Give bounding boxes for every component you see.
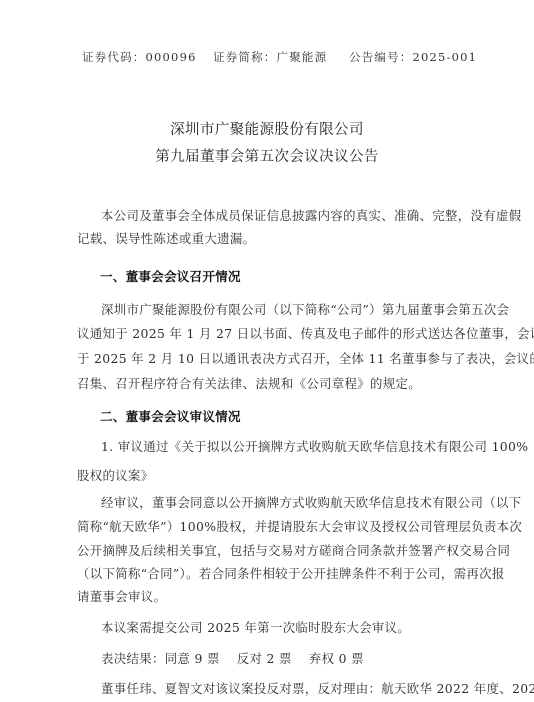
paragraph-line: 简称“航天欧华”）100%股权，并提请股东大会审议及授权公司管理层负责本次 (77, 519, 467, 535)
resolution-item-title: 1. 审议通过《关于拟以公开摘牌方式收购航天欧华信息技术有限公司 100% (101, 439, 467, 455)
security-abbreviation: 证券简称：广聚能源 (213, 49, 327, 65)
paragraph-line: 请董事会审议。 (77, 589, 467, 605)
paragraph-line: 议通知于 2025 年 1 月 27 日以书面、传真及电子邮件的形式送达各位董事… (77, 326, 467, 342)
company-title: 深圳市广聚能源股份有限公司 (0, 118, 534, 139)
paragraph-line: （以下简称“合同”）。若合同条件相较于公开挂牌条件不利于公司，需再次报 (77, 566, 467, 582)
announcement-page: 证券代码：000096 证券简称：广聚能源 公告编号：2025-001 深圳市广… (0, 0, 534, 702)
statement-line: 本公司及董事会全体成员保证信息披露内容的真实、准确、完整，没有虚假 (101, 208, 467, 224)
paragraph-line: 公开摘牌及后续相关事宜，包括与交易对方磋商合同条款并签署产权交易合同 (77, 543, 467, 559)
announcement-title: 第九届董事会第五次会议决议公告 (0, 145, 534, 166)
vote-result: 表决结果：同意 9 票 反对 2 票 弃权 0 票 (101, 651, 467, 667)
resolution-item-title: 股权的议案》 (77, 468, 467, 484)
paragraph-line: 于 2025 年 2 月 10 日以通讯表决方式召开，全体 11 名董事参与了表… (77, 351, 467, 367)
paragraph-line: 经审议，董事会同意以公开摘牌方式收购航天欧华信息技术有限公司（以下 (101, 495, 467, 511)
paragraph-line: 深圳市广聚能源股份有限公司（以下简称“公司”）第九届董事会第五次会 (101, 302, 467, 318)
dissent-statement: 董事任玮、夏智文对该议案投反对票，反对理由：航天欧华 2022 年度、2023 (101, 681, 467, 697)
section-heading-meeting-convening: 一、董事会会议召开情况 (100, 269, 241, 285)
submission-note: 本议案需提交公司 2025 年第一次临时股东大会审议。 (101, 620, 467, 636)
document-header: 证券代码：000096 证券简称：广聚能源 公告编号：2025-001 (0, 49, 534, 67)
paragraph-line: 召集、召开程序符合有关法律、法规和《公司章程》的规定。 (77, 376, 467, 392)
section-heading-meeting-review: 二、董事会会议审议情况 (100, 409, 241, 425)
security-code: 证券代码：000096 (82, 49, 197, 65)
statement-line: 记载、误导性陈述或重大遗漏。 (77, 231, 467, 247)
announcement-number: 公告编号：2025-001 (349, 49, 477, 65)
